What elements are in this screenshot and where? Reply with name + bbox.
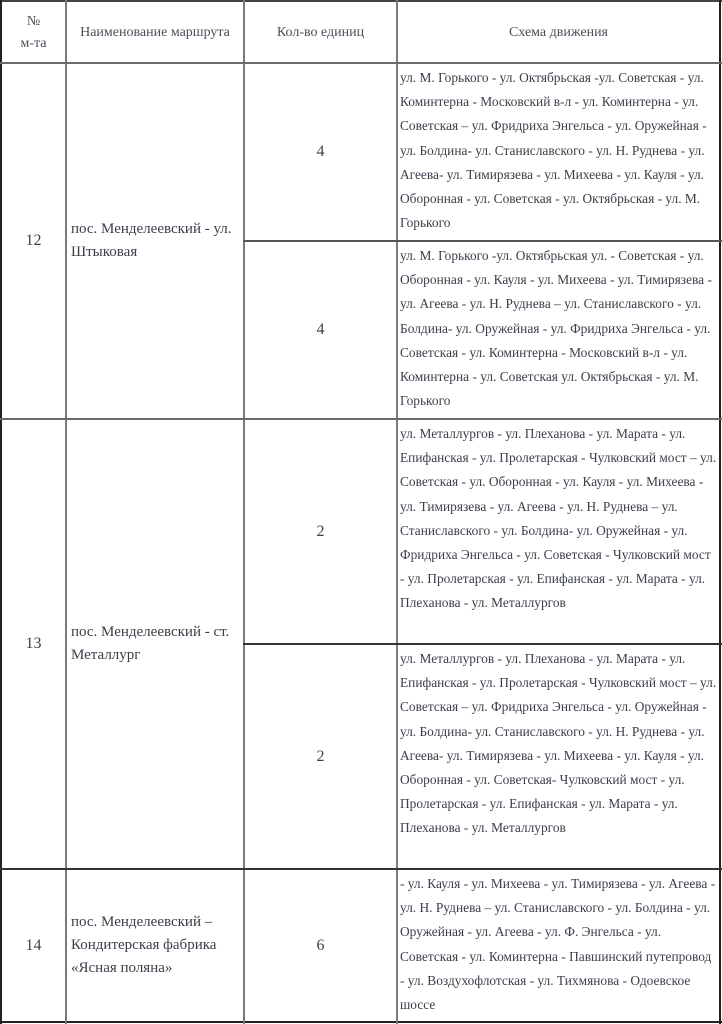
route-scheme: ул. Металлургов - ул. Плеханова - ул. Ма… <box>398 645 719 868</box>
header-scheme: Схема движения <box>398 2 719 63</box>
header-route-name: Наименование маршрута <box>67 2 243 63</box>
header-number: № м-та <box>2 2 65 63</box>
route-scheme: - ул. Кауля - ул. Михеева - ул. Тимирязе… <box>398 870 719 1021</box>
header-number-line2: м-та <box>20 33 46 55</box>
route-number: 14 <box>2 870 65 1021</box>
column-divider <box>396 0 398 1024</box>
routes-table: № м-та Наименование маршрута Кол-во един… <box>0 0 722 1024</box>
table-border-right <box>719 0 721 1024</box>
table-border-left <box>0 0 2 1024</box>
route-units: 4 <box>245 242 396 418</box>
route-number: 13 <box>2 420 65 868</box>
header-units: Кол-во единиц <box>245 2 396 63</box>
route-name: пос. Менделеевский - ст. Металлург <box>67 420 243 868</box>
route-scheme: ул. Металлургов - ул. Плеханова - ул. Ма… <box>398 420 719 643</box>
route-units: 4 <box>245 64 396 240</box>
column-divider <box>243 0 245 1024</box>
table-border-top <box>0 0 722 2</box>
route-units: 2 <box>245 645 396 868</box>
route-scheme: ул. М. Горького -ул. Октябрьская ул. - С… <box>398 242 719 418</box>
table-border-bottom <box>0 1021 722 1023</box>
route-name: пос. Менделеевский – Кондитерская фабрик… <box>67 870 243 1021</box>
column-divider <box>65 0 67 1024</box>
route-number: 12 <box>2 64 65 418</box>
route-units: 2 <box>245 420 396 643</box>
row-divider <box>0 62 722 64</box>
route-name: пос. Менделеевский - ул. Штыковая <box>67 64 243 418</box>
route-scheme: ул. М. Горького - ул. Октябрьская -ул. С… <box>398 64 719 240</box>
row-divider <box>0 868 722 870</box>
row-divider <box>0 418 722 420</box>
row-divider <box>243 643 722 645</box>
header-number-line1: № <box>27 11 40 33</box>
route-units: 6 <box>245 870 396 1021</box>
row-divider <box>243 240 722 242</box>
